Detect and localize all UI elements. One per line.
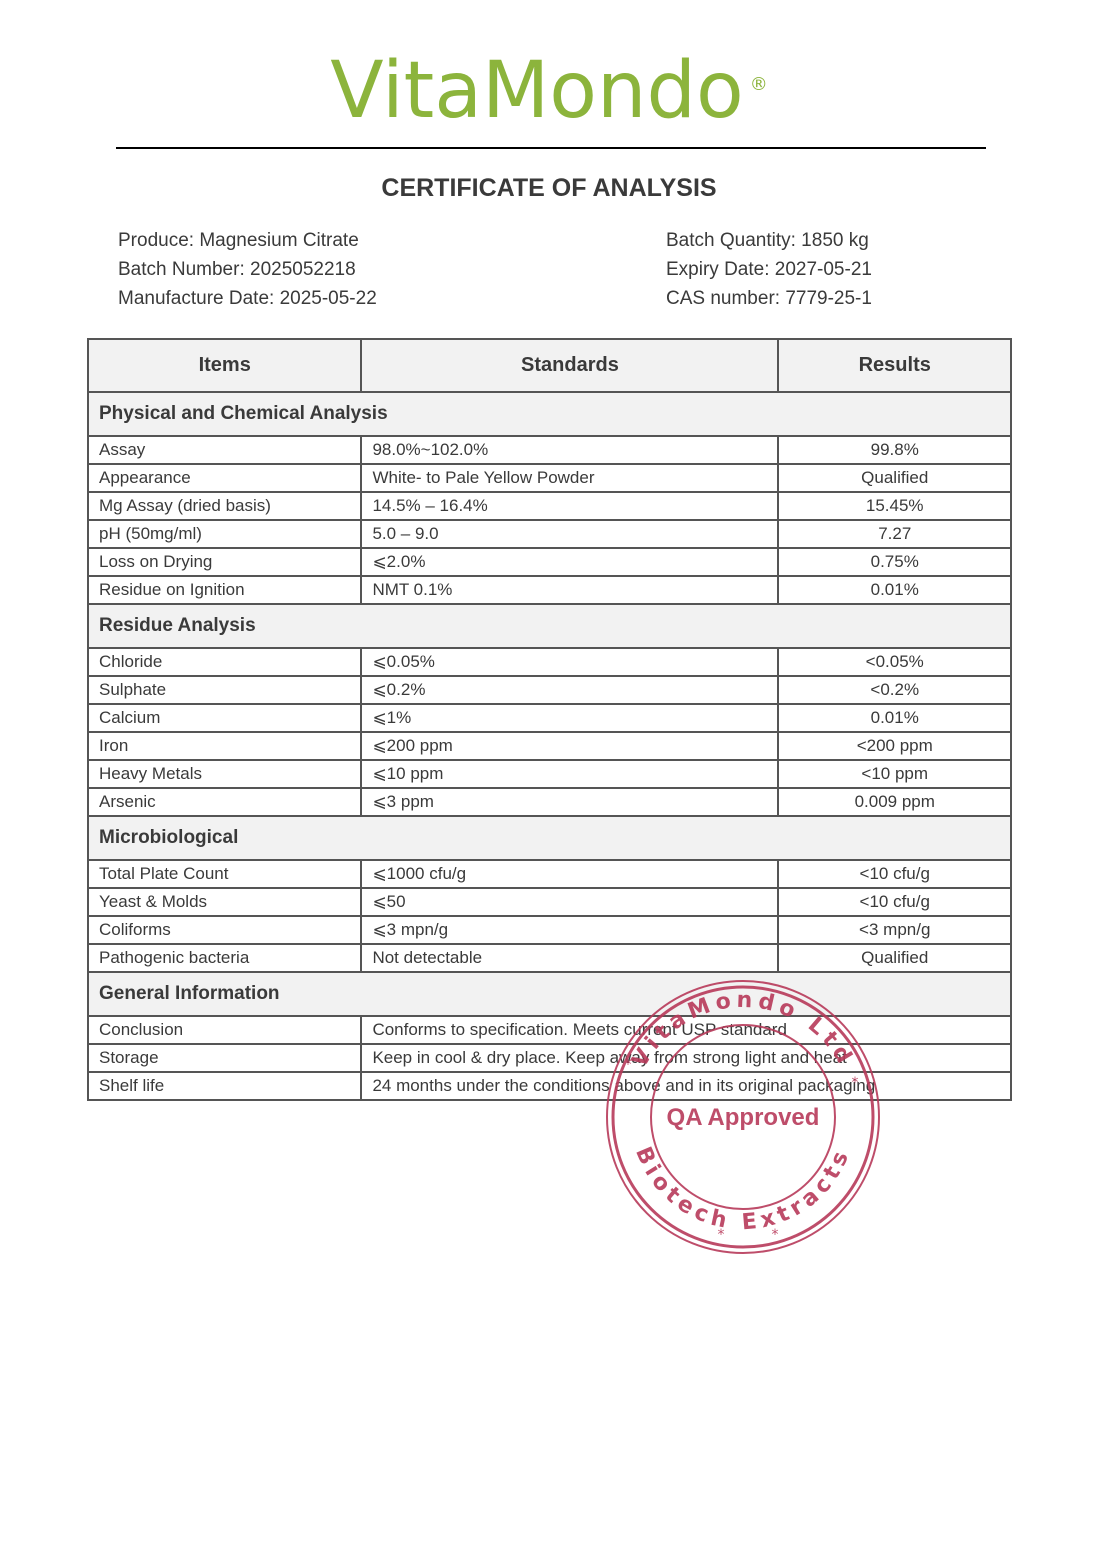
table-row: Calcium⩽1%0.01% [88, 704, 1011, 732]
product-name: Produce: Magnesium Citrate [118, 226, 377, 255]
result-cell: <0.2% [778, 676, 1011, 704]
item-cell: Pathogenic bacteria [88, 944, 361, 972]
section-title: General Information [88, 972, 1011, 1016]
table-row: Mg Assay (dried basis)14.5% – 16.4%15.45… [88, 492, 1011, 520]
item-cell: Chloride [88, 648, 361, 676]
brand-name: VitaMondo [330, 46, 743, 136]
document-title: CERTIFICATE OF ANALYSIS [0, 174, 1098, 203]
standard-cell: ⩽3 mpn/g [361, 916, 778, 944]
item-cell: Conclusion [88, 1016, 361, 1044]
table-row: Loss on Drying⩽2.0%0.75% [88, 548, 1011, 576]
item-cell: Appearance [88, 464, 361, 492]
table-row: ConclusionConforms to specification. Mee… [88, 1016, 1011, 1044]
cas-number: CAS number: 7779-25-1 [666, 284, 872, 313]
table-row: Yeast & Molds⩽50<10 cfu/g [88, 888, 1011, 916]
batch-number: Batch Number: 2025052218 [118, 255, 377, 284]
table-row: Coliforms⩽3 mpn/g<3 mpn/g [88, 916, 1011, 944]
result-cell: 0.01% [778, 576, 1011, 604]
section-title: Physical and Chemical Analysis [88, 392, 1011, 436]
standard-cell: 98.0%~102.0% [361, 436, 778, 464]
table-row: Chloride⩽0.05%<0.05% [88, 648, 1011, 676]
section-header-row: Microbiological [88, 816, 1011, 860]
expiry-date: Expiry Date: 2027-05-21 [666, 255, 872, 284]
result-cell: <10 ppm [778, 760, 1011, 788]
stamp-star: * [718, 1227, 725, 1243]
standard-cell: Keep in cool & dry place. Keep away from… [361, 1044, 1011, 1072]
result-cell: Qualified [778, 464, 1011, 492]
stamp-bottom-text: Biotech Extracts [630, 1143, 856, 1235]
standard-cell: NMT 0.1% [361, 576, 778, 604]
result-cell: <10 cfu/g [778, 860, 1011, 888]
result-cell: 99.8% [778, 436, 1011, 464]
result-cell: 15.45% [778, 492, 1011, 520]
item-cell: Arsenic [88, 788, 361, 816]
table-row: Iron⩽200 ppm<200 ppm [88, 732, 1011, 760]
table-row: pH (50mg/ml)5.0 – 9.07.27 [88, 520, 1011, 548]
item-cell: Residue on Ignition [88, 576, 361, 604]
section-header-row: General Information [88, 972, 1011, 1016]
section-title: Microbiological [88, 816, 1011, 860]
table-header-row: Items Standards Results [88, 339, 1011, 392]
item-cell: Total Plate Count [88, 860, 361, 888]
item-cell: Sulphate [88, 676, 361, 704]
standard-cell: ⩽2.0% [361, 548, 778, 576]
analysis-table: Items Standards Results Physical and Che… [87, 338, 1012, 1101]
result-cell: 7.27 [778, 520, 1011, 548]
standard-cell: 14.5% – 16.4% [361, 492, 778, 520]
item-cell: Mg Assay (dried basis) [88, 492, 361, 520]
section-header-row: Physical and Chemical Analysis [88, 392, 1011, 436]
standard-cell: Conforms to specification. Meets current… [361, 1016, 1011, 1044]
product-info-right: Batch Quantity: 1850 kg Expiry Date: 202… [666, 226, 872, 313]
table-row: Residue on IgnitionNMT 0.1%0.01% [88, 576, 1011, 604]
result-cell: Qualified [778, 944, 1011, 972]
standard-cell: 24 months under the conditions above and… [361, 1072, 1011, 1100]
column-header-results: Results [778, 339, 1011, 392]
section-title: Residue Analysis [88, 604, 1011, 648]
item-cell: Storage [88, 1044, 361, 1072]
table-row: AppearanceWhite- to Pale Yellow PowderQu… [88, 464, 1011, 492]
standard-cell: ⩽50 [361, 888, 778, 916]
column-header-standards: Standards [361, 339, 778, 392]
result-cell: <10 cfu/g [778, 888, 1011, 916]
standard-cell: ⩽10 ppm [361, 760, 778, 788]
item-cell: Shelf life [88, 1072, 361, 1100]
table-row: Arsenic⩽3 ppm0.009 ppm [88, 788, 1011, 816]
batch-quantity: Batch Quantity: 1850 kg [666, 226, 872, 255]
table-row: StorageKeep in cool & dry place. Keep aw… [88, 1044, 1011, 1072]
item-cell: Yeast & Molds [88, 888, 361, 916]
standard-cell: Not detectable [361, 944, 778, 972]
standard-cell: 5.0 – 9.0 [361, 520, 778, 548]
manufacture-date: Manufacture Date: 2025-05-22 [118, 284, 377, 313]
table-row: Heavy Metals⩽10 ppm<10 ppm [88, 760, 1011, 788]
stamp-star: * [772, 1227, 779, 1243]
section-header-row: Residue Analysis [88, 604, 1011, 648]
result-cell: 0.009 ppm [778, 788, 1011, 816]
stamp-center-text: QA Approved [667, 1104, 820, 1131]
standard-cell: ⩽1% [361, 704, 778, 732]
table-row: Assay98.0%~102.0%99.8% [88, 436, 1011, 464]
item-cell: pH (50mg/ml) [88, 520, 361, 548]
result-cell: <3 mpn/g [778, 916, 1011, 944]
standard-cell: ⩽200 ppm [361, 732, 778, 760]
table-row: Sulphate⩽0.2%<0.2% [88, 676, 1011, 704]
table-row: Total Plate Count⩽1000 cfu/g<10 cfu/g [88, 860, 1011, 888]
item-cell: Assay [88, 436, 361, 464]
result-cell: <0.05% [778, 648, 1011, 676]
item-cell: Iron [88, 732, 361, 760]
svg-text:Biotech Extracts: Biotech Extracts [630, 1143, 856, 1235]
item-cell: Loss on Drying [88, 548, 361, 576]
result-cell: 0.01% [778, 704, 1011, 732]
table-row: Pathogenic bacteriaNot detectableQualifi… [88, 944, 1011, 972]
column-header-items: Items [88, 339, 361, 392]
item-cell: Calcium [88, 704, 361, 732]
result-cell: <200 ppm [778, 732, 1011, 760]
item-cell: Coliforms [88, 916, 361, 944]
table-row: Shelf life24 months under the conditions… [88, 1072, 1011, 1100]
result-cell: 0.75% [778, 548, 1011, 576]
standard-cell: White- to Pale Yellow Powder [361, 464, 778, 492]
item-cell: Heavy Metals [88, 760, 361, 788]
product-info-left: Produce: Magnesium Citrate Batch Number:… [118, 226, 377, 313]
standard-cell: ⩽0.05% [361, 648, 778, 676]
registered-mark: ® [750, 74, 768, 95]
standard-cell: ⩽3 ppm [361, 788, 778, 816]
header-divider [116, 147, 986, 149]
brand-logo: VitaMondo® [0, 52, 1098, 130]
standard-cell: ⩽0.2% [361, 676, 778, 704]
standard-cell: ⩽1000 cfu/g [361, 860, 778, 888]
